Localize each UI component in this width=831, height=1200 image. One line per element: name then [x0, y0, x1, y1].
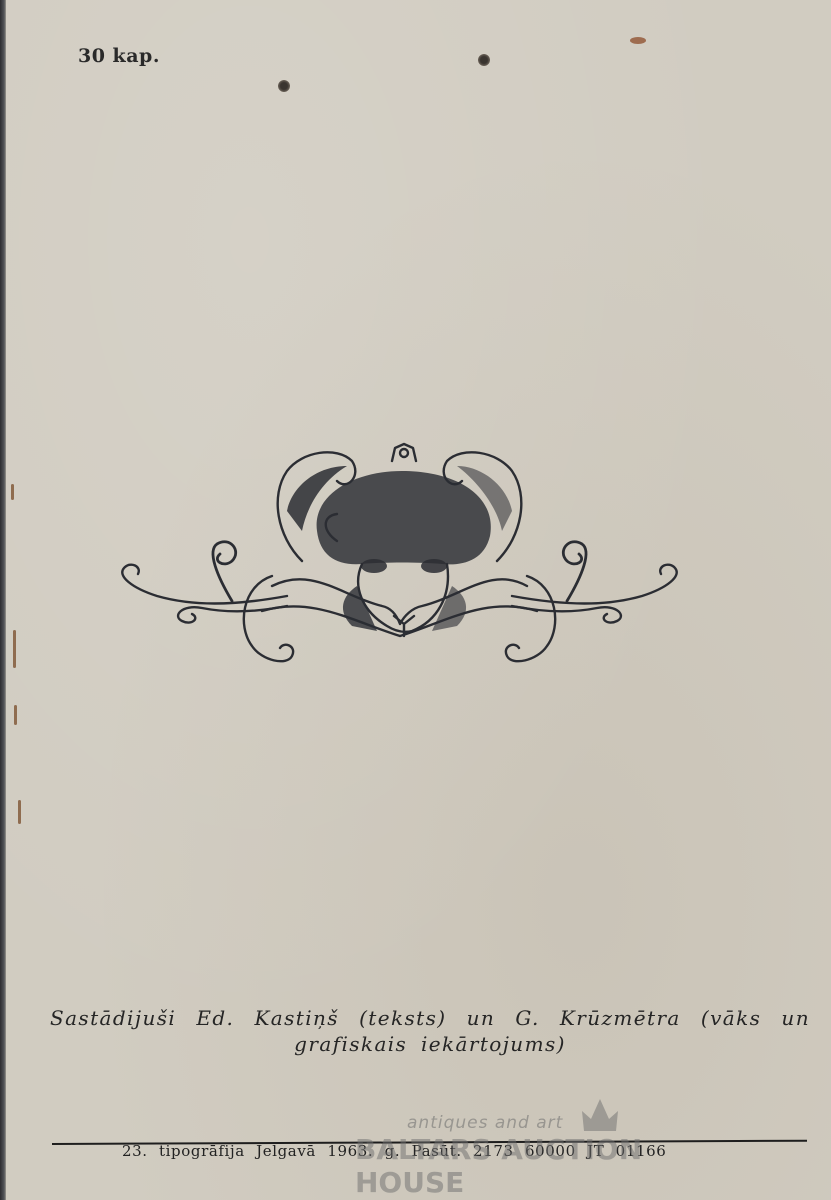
crown-icon: [580, 1097, 620, 1133]
edge-mark: [14, 705, 17, 725]
watermark-tagline: antiques and art: [407, 1113, 563, 1133]
paper-stain: [630, 37, 646, 44]
edge-mark: [18, 800, 21, 824]
credits-line-2: grafiskais iekārtojums): [294, 1032, 566, 1056]
credits-text: Sastādijuši Ed. Kastiņš (teksts) un G. K…: [50, 1005, 810, 1057]
printer-imprint: 23. tipogrāfija Jelgavā 1963. g. Pasūt. …: [122, 1142, 666, 1160]
price-label: 30 kap.: [78, 45, 160, 67]
edge-mark: [11, 484, 14, 500]
binding-spine: [0, 0, 6, 1200]
edge-mark: [13, 630, 16, 668]
booklet-back-cover: 30 kap.: [0, 0, 831, 1200]
credits-line-1: Sastādijuši Ed. Kastiņš (teksts) un G. K…: [50, 1005, 810, 1031]
lion-head-emblem: [112, 436, 687, 676]
staple-hole: [478, 54, 490, 66]
staple-hole: [278, 80, 290, 92]
